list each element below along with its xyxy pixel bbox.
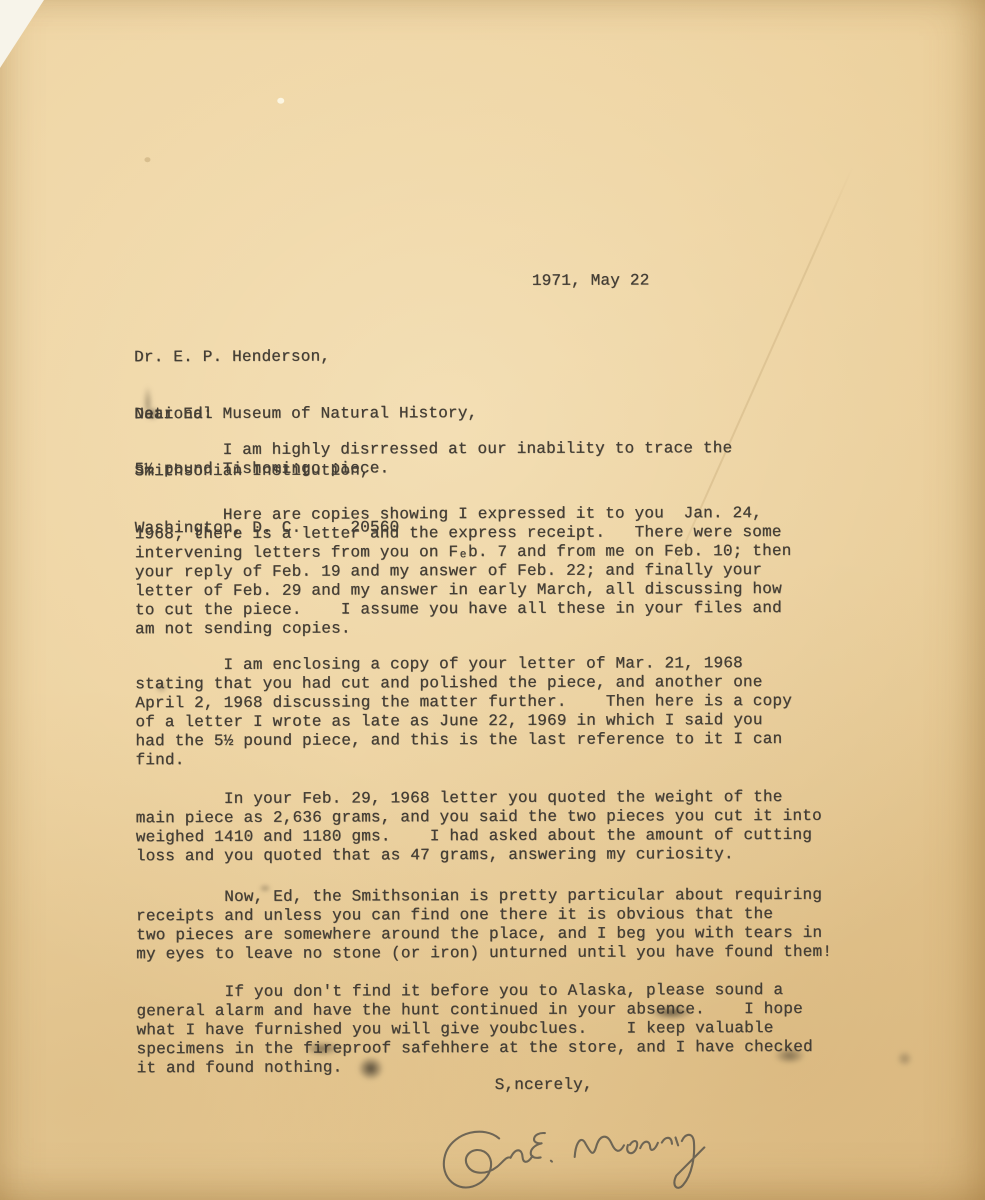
signature-handwriting: Oscar E. Monnig — [422, 1093, 762, 1200]
paper-blemish — [277, 98, 284, 104]
letter-paragraph: I am highly disrressed at our inability … — [134, 439, 732, 479]
ink-smudge — [649, 1005, 693, 1019]
letter-paragraph: Here are copies showing I expressed it t… — [135, 504, 792, 639]
letter-paragraph: In your Feb. 29, 1968 letter you quoted … — [136, 788, 822, 866]
date-line: 1971, May 22 — [532, 271, 650, 290]
ink-smudge — [305, 1042, 341, 1056]
recipient-name: Dr. E. P. Henderson, — [134, 347, 477, 367]
signature: Oscar E. Monnig — [422, 1093, 762, 1200]
ink-smudge — [155, 681, 167, 693]
ink-smudge — [774, 1047, 806, 1064]
closing: S,ncerely, — [495, 1076, 593, 1095]
paper-blemish — [144, 157, 150, 162]
letter-paragraph: If you don't find it before you to Alask… — [136, 981, 813, 1078]
ink-smudge — [358, 1056, 384, 1080]
ink-smudge — [897, 1051, 913, 1067]
ink-smudge — [147, 407, 158, 420]
letter-content: 1971, May 22 Dr. E. P. Henderson, Nation… — [0, 0, 985, 1200]
letter-paragraph: Now, Ed, the Smithsonian is pretty parti… — [136, 886, 832, 964]
letter-paragraph: I am enclosing a copy of your letter of … — [135, 654, 792, 770]
ink-smudge — [259, 885, 271, 892]
